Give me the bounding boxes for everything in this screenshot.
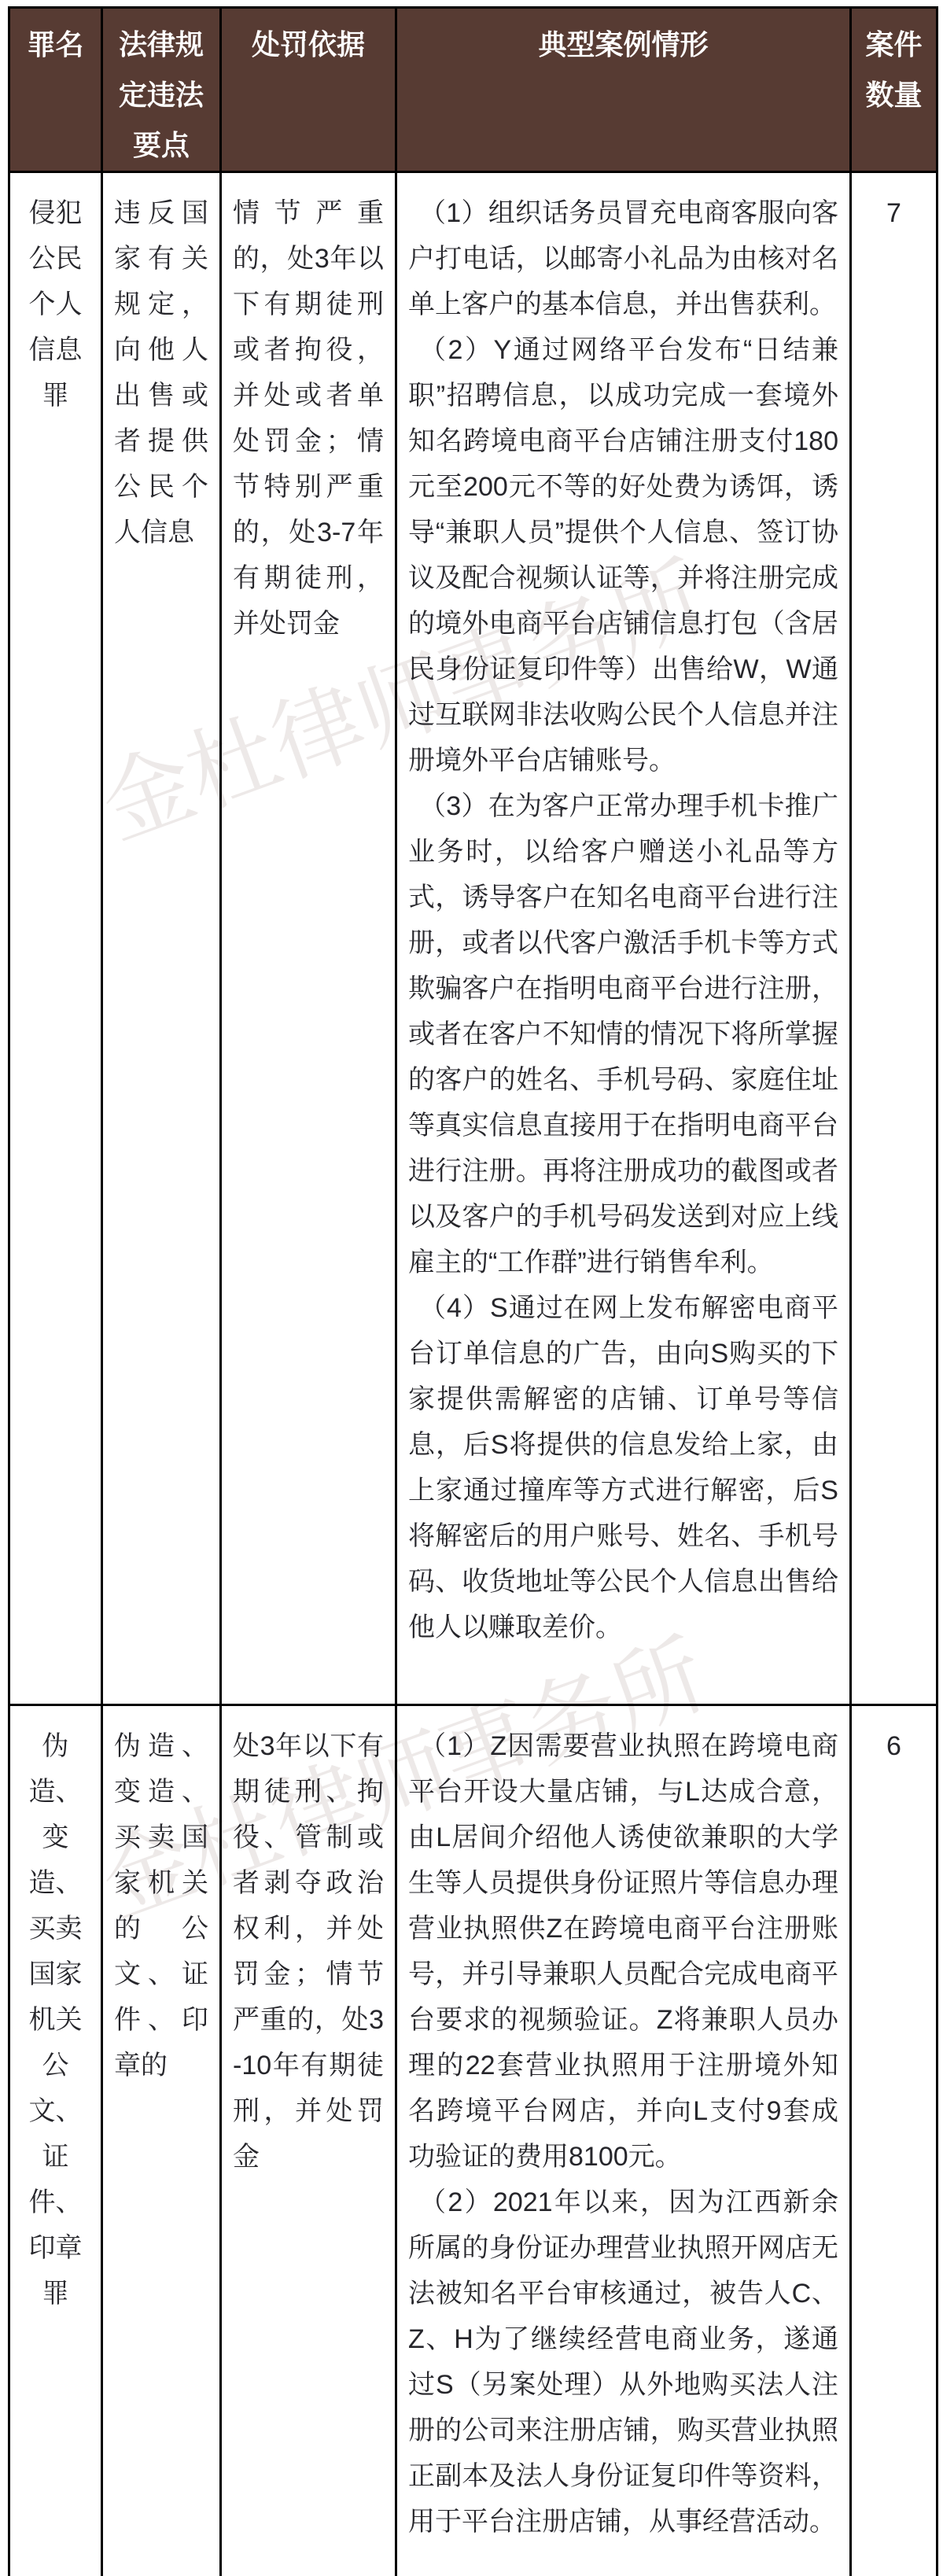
header-cell-case-count: 案件数量 <box>851 8 937 172</box>
cell-punishment-basis: 处3年以下有期徒刑、拘役、管制或者剥夺政治权利，并处罚金；情节严重的，处3-10… <box>221 1705 396 2576</box>
cell-typical-cases: （1）组织话务员冒充电商客服向客户打电话，以邮寄小礼品为由核对名单上客户的基本信… <box>396 172 851 1705</box>
cell-legal-points: 违反国家有关规定，向他人出售或者提供公民个人信息 <box>102 172 221 1705</box>
cell-crime-name: 侵犯公民个人信息罪 <box>9 172 102 1705</box>
document-page: 金杜律师事务所 金杜律师事务所 罪名 法律规定违法要点 处罚依据 典型案例情形 … <box>0 0 943 2576</box>
header-row: 罪名 法律规定违法要点 处罚依据 典型案例情形 案件数量 <box>9 8 937 172</box>
case-paragraph: （2）2021年以来，因为江西新余所属的身份证办理营业执照开网店无法被知名平台审… <box>408 2180 838 2545</box>
cell-case-count: 7 <box>851 172 937 1705</box>
header-cell-punishment-basis: 处罚依据 <box>221 8 396 172</box>
case-paragraph: （2）Y通过网络平台发布“日结兼职”招聘信息，以成功完成一套境外知名跨境电商平台… <box>408 327 838 783</box>
header-cell-typical-cases: 典型案例情形 <box>396 8 851 172</box>
table-row-personal-info-crime: 侵犯公民个人信息罪 违反国家有关规定，向他人出售或者提供公民个人信息 情节严重的… <box>9 172 937 1705</box>
cell-punishment-basis: 情节严重的，处3年以下有期徒刑或者拘役，并处或者单处罚金；情节特别严重的，处3-… <box>221 172 396 1705</box>
case-paragraph: （1）组织话务员冒充电商客服向客户打电话，以邮寄小礼品为由核对名单上客户的基本信… <box>408 190 838 327</box>
case-paragraph: （3）在为客户正常办理手机卡推广业务时，以给客户赠送小礼品等方式，诱导客户在知名… <box>408 783 838 1285</box>
cell-typical-cases: （1）Z因需要营业执照在跨境电商平台开设大量店铺，与L达成合意，由L居间介绍他人… <box>396 1705 851 2576</box>
table-row-forgery-crime: 伪造、变造、买卖国家机关公文、证件、印章罪 伪造、变造、买卖国家机关的公文、证件… <box>9 1705 937 2576</box>
crime-cases-table: 罪名 法律规定违法要点 处罚依据 典型案例情形 案件数量 侵犯公民个人信息罪 违… <box>8 6 938 2576</box>
case-paragraph: （4）S通过在网上发布解密电商平台订单信息的广告，由向S购买的下家提供需解密的店… <box>408 1285 838 1650</box>
cell-case-count: 6 <box>851 1705 937 2576</box>
case-paragraph: （1）Z因需要营业执照在跨境电商平台开设大量店铺，与L达成合意，由L居间介绍他人… <box>408 1723 838 2180</box>
cell-crime-name: 伪造、变造、买卖国家机关公文、证件、印章罪 <box>9 1705 102 2576</box>
cell-legal-points: 伪造、变造、买卖国家机关的公文、证件、印章的 <box>102 1705 221 2576</box>
header-cell-legal-points: 法律规定违法要点 <box>102 8 221 172</box>
header-cell-crime-name: 罪名 <box>9 8 102 172</box>
